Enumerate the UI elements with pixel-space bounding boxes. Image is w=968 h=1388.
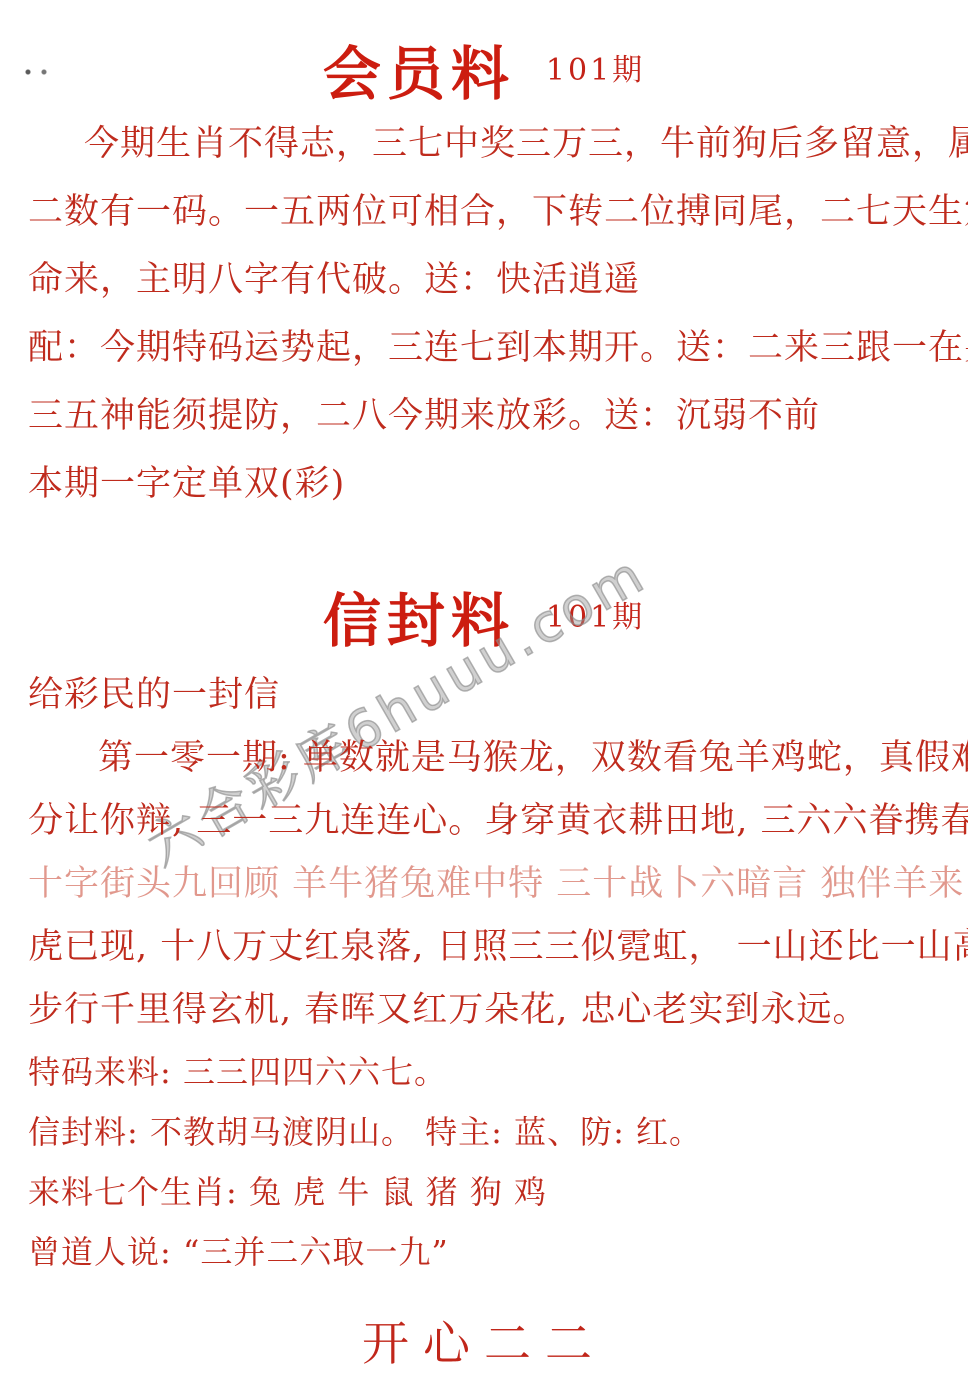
member-line: 命来，主明八字有代破。送：快活逍遥 bbox=[28, 263, 940, 298]
envelope-section-title: 信封料 bbox=[323, 591, 515, 652]
lottery-tip-sheet: 六合彩库6huuu.com 会员料 101期 今期生肖不得志，三七中奖三万三，牛… bbox=[0, 0, 968, 1388]
member-issue-number: 101期 bbox=[546, 45, 645, 89]
member-line: 二数有一码。一五两位可相合，下转二位搏同尾，二七天生定 bbox=[28, 195, 940, 230]
special-code-line: 特码来料: 三三四四六六七。 bbox=[28, 1056, 940, 1088]
member-text-block: 今期生肖不得志，三七中奖三万三，牛前狗后多留意，属金 二数有一码。一五两位可相合… bbox=[0, 127, 968, 502]
envelope-title-row: 信封料 101期 bbox=[0, 535, 968, 652]
scan-artifact-dots bbox=[24, 68, 50, 78]
envelope-issue-number: 101期 bbox=[546, 592, 645, 636]
zeng-daoren-line: 曾道人说: “三并二六取一九” bbox=[28, 1236, 940, 1268]
envelope-line: 虎已现, 十八万丈红泉落, 日照三三似霓虹， 一山还比一山高, bbox=[28, 930, 940, 965]
member-section: 会员料 101期 今期生肖不得志，三七中奖三万三，牛前狗后多留意，属金 二数有一… bbox=[0, 0, 968, 502]
envelope-section: 信封料 101期 给彩民的一封信 第一零一期: 单数就是马猴龙，双数看兔羊鸡蛇，… bbox=[0, 535, 968, 1268]
envelope-line-faded: 十字街头九回顾 羊牛猪兔难中特 三十战卜六暗言 独伴羊来 bbox=[28, 867, 940, 902]
member-line: 今期生肖不得志，三七中奖三万三，牛前狗后多留意，属金 bbox=[28, 127, 940, 162]
envelope-text-block: 给彩民的一封信 第一零一期: 单数就是马猴龙，双数看兔羊鸡蛇，真假难 分让你辩,… bbox=[0, 678, 968, 1268]
member-title-row: 会员料 101期 bbox=[0, 0, 968, 105]
envelope-material-line: 信封料: 不教胡马渡阴山。 特主: 蓝、防: 红。 bbox=[28, 1116, 940, 1148]
member-line: 配：今期特码运势起，三连七到本期开。送：二来三跟一在头。 bbox=[28, 331, 940, 366]
envelope-line: 步行千里得玄机, 春晖又红万朵花, 忠心老实到永远。 bbox=[28, 993, 940, 1028]
envelope-line: 第一零一期: 单数就是马猴龙，双数看兔羊鸡蛇，真假难 bbox=[28, 741, 940, 776]
footer-slogan: 开心二二 bbox=[0, 1307, 968, 1374]
envelope-line: 分让你辩, 三一三九连连心。身穿黄衣耕田地, 三六六眷携春至, bbox=[28, 804, 940, 839]
member-line: 三五神能须提防，二八今期来放彩。送：沉弱不前 bbox=[28, 399, 940, 434]
member-section-title: 会员料 bbox=[323, 44, 515, 105]
envelope-intro-line: 给彩民的一封信 bbox=[28, 678, 940, 713]
member-line: 本期一字定单双(彩) bbox=[28, 467, 940, 502]
zodiac-line: 来料七个生肖: 兔 虎 牛 鼠 猪 狗 鸡 bbox=[28, 1176, 940, 1208]
